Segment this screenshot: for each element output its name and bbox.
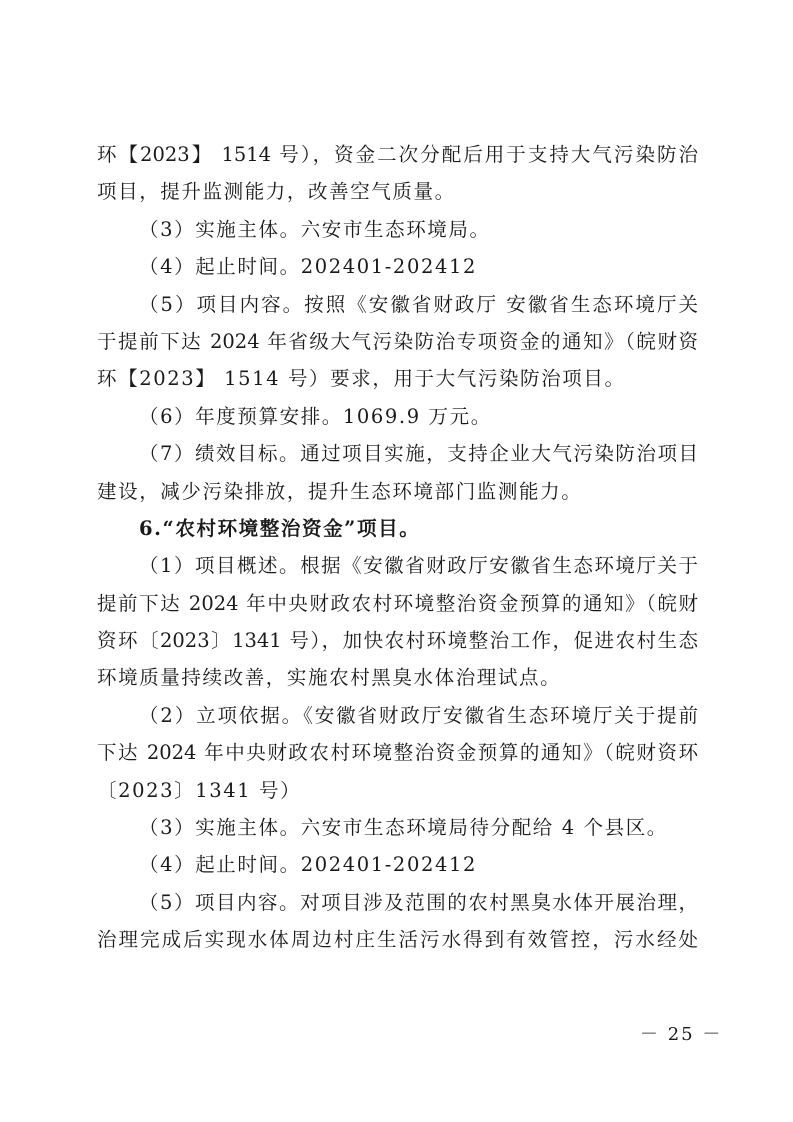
- section-heading: 6.“农村环境整治资金”项目。: [97, 510, 698, 547]
- paragraph-line: 项目，提升监测能力，改善空气质量。: [97, 173, 698, 210]
- paragraph-line: （3）实施主体。六安市生态环境局。: [97, 211, 698, 248]
- paragraph-line: 提前下达 2024 年中央财政农村环境整治资金预算的通知》（皖财: [97, 585, 698, 622]
- paragraph-line: （5）项目内容。对项目涉及范围的农村黑臭水体开展治理，: [97, 884, 698, 921]
- paragraph-line: 建设，减少污染排放，提升生态环境部门监测能力。: [97, 473, 698, 510]
- paragraph-line: （6）年度预算安排。1069.9 万元。: [97, 398, 698, 435]
- page-number: － 25 －: [640, 1020, 722, 1046]
- paragraph-line: （4）起止时间。202401-202412: [97, 248, 698, 285]
- paragraph-line: 环【2023】 1514 号）要求，用于大气污染防治项目。: [97, 360, 698, 397]
- paragraph-line: （1）项目概述。根据《安徽省财政厅安徽省生态环境厅关于: [97, 547, 698, 584]
- paragraph-line: 〔2023〕1341 号）: [97, 772, 698, 809]
- paragraph-line: （4）起止时间。202401-202412: [97, 846, 698, 883]
- paragraph-line: 于提前下达 2024 年省级大气污染防治专项资金的通知》（皖财资: [97, 323, 698, 360]
- paragraph-line: 资环〔2023〕1341 号），加快农村环境整治工作，促进农村生态: [97, 622, 698, 659]
- document-body: 环【2023】 1514 号），资金二次分配后用于支持大气污染防治 项目，提升监…: [97, 136, 698, 959]
- paragraph-line: 治理完成后实现水体周边村庄生活污水得到有效管控，污水经处: [97, 921, 698, 958]
- paragraph-line: 环【2023】 1514 号），资金二次分配后用于支持大气污染防治: [97, 136, 698, 173]
- paragraph-line: （5）项目内容。按照《安徽省财政厅 安徽省生态环境厅关: [97, 286, 698, 323]
- paragraph-line: （7）绩效目标。通过项目实施，支持企业大气污染防治项目: [97, 435, 698, 472]
- paragraph-line: （3）实施主体。六安市生态环境局待分配给 4 个县区。: [97, 809, 698, 846]
- paragraph-line: （2）立项依据。《安徽省财政厅安徽省生态环境厅关于提前: [97, 697, 698, 734]
- paragraph-line: 环境质量持续改善，实施农村黑臭水体治理试点。: [97, 659, 698, 696]
- paragraph-line: 下达 2024 年中央财政农村环境整治资金预算的通知》（皖财资环: [97, 734, 698, 771]
